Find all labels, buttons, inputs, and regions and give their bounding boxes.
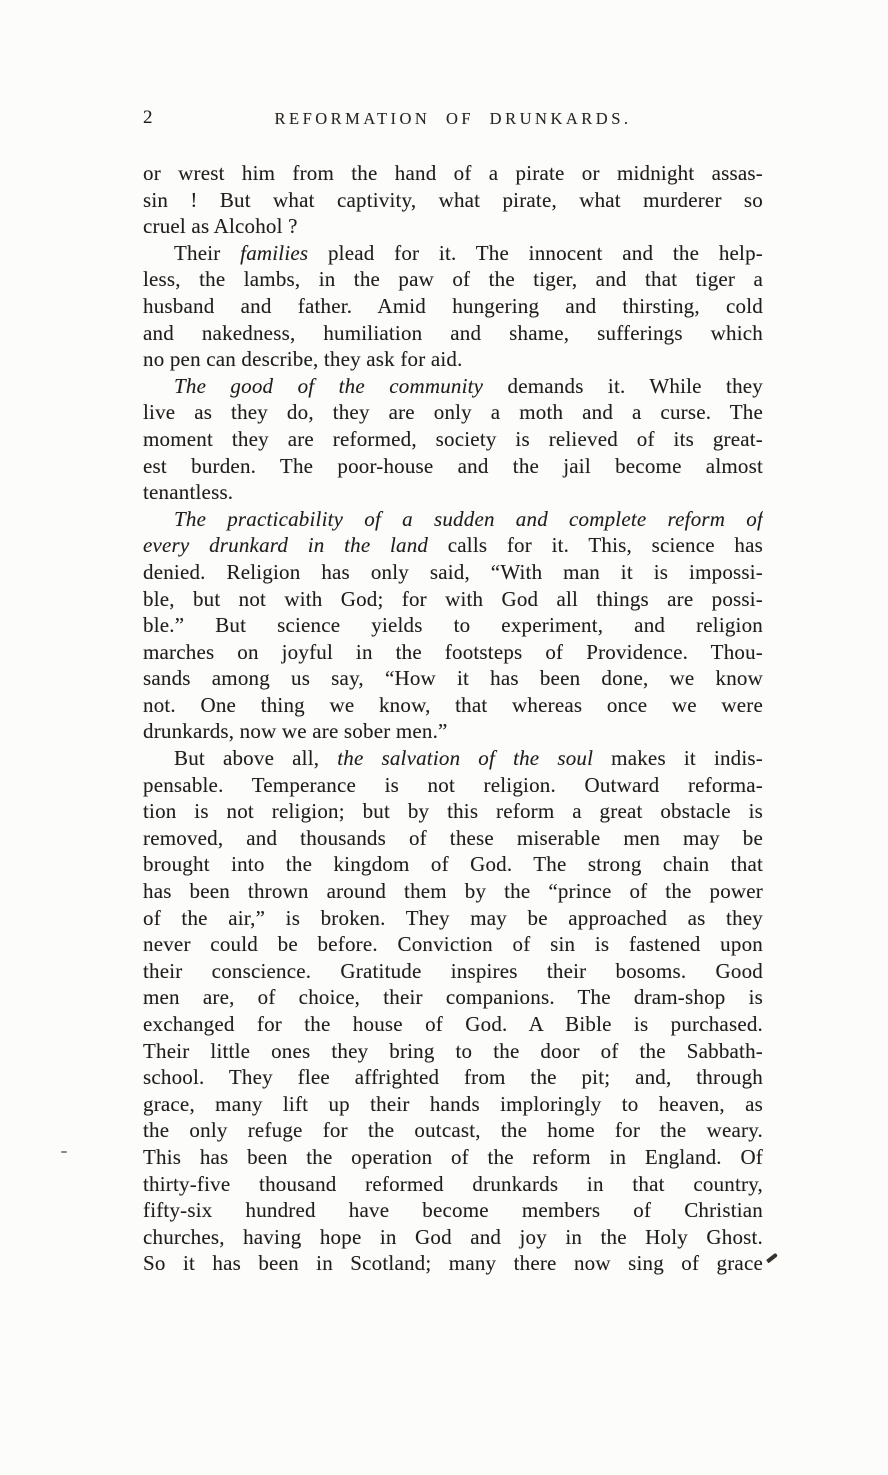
text-line: and nakedness, humiliation and shame, su…	[143, 320, 763, 347]
text-line: their conscience. Gratitude inspires the…	[143, 958, 763, 985]
text-line: has been thrown around them by the “prin…	[143, 878, 763, 905]
text-line: sin ! But what captivity, what pirate, w…	[143, 187, 763, 214]
text-line: tion is not religion; but by this reform…	[143, 798, 763, 825]
text-line: pensable. Temperance is not religion. Ou…	[143, 772, 763, 799]
text-line: The practicability of a sudden and compl…	[143, 506, 763, 533]
text-line: sands among us say, “How it has been don…	[143, 665, 763, 692]
text-line: tenantless.	[143, 479, 763, 506]
text-line: less, the lambs, in the paw of the tiger…	[143, 266, 763, 293]
text-line: brought into the kingdom of God. The str…	[143, 851, 763, 878]
text-line: men are, of choice, their companions. Th…	[143, 984, 763, 1011]
text-line: removed, and thousands of these miserabl…	[143, 825, 763, 852]
text-line: drunkards, now we are sober men.”	[143, 718, 763, 745]
text-line: cruel as Alcohol ?	[143, 213, 763, 240]
text-line: the only refuge for the outcast, the hom…	[143, 1117, 763, 1144]
text-line: The good of the community demands it. Wh…	[143, 373, 763, 400]
text-line: thirty-five thousand reformed drunkards …	[143, 1171, 763, 1198]
text-line: Their little ones they bring to the door…	[143, 1038, 763, 1065]
text-line: But above all, the salvation of the soul…	[143, 745, 763, 772]
text-line: husband and father. Amid hungering and t…	[143, 293, 763, 320]
text-line: fifty-six hundred have become members of…	[143, 1197, 763, 1224]
text-line: This has been the operation of the refor…	[143, 1144, 763, 1171]
text-line: grace, many lift up their hands implorin…	[143, 1091, 763, 1118]
text-line: not. One thing we know, that whereas onc…	[143, 692, 763, 719]
text-line: marches on joyful in the footsteps of Pr…	[143, 639, 763, 666]
text-line: every drunkard in the land calls for it.…	[143, 532, 763, 559]
text-line: ble.” But science yields to experiment, …	[143, 612, 763, 639]
text-line: est burden. The poor-house and the jail …	[143, 453, 763, 480]
text-line: exchanged for the house of God. A Bible …	[143, 1011, 763, 1038]
text-line: live as they do, they are only a moth an…	[143, 399, 763, 426]
text-line: no pen can describe, they ask for aid.	[143, 346, 763, 373]
paragraph: The good of the community demands it. Wh…	[143, 373, 763, 506]
running-head: REFORMATION OF DRUNKARDS.	[143, 109, 763, 129]
text-line: moment they are reformed, society is rel…	[143, 426, 763, 453]
text-line: denied. Religion has only said, “With ma…	[143, 559, 763, 586]
text-line: Their families plead for it. The innocen…	[143, 240, 763, 267]
margin-speck	[61, 1151, 67, 1153]
text-line: of the air,” is broken. They may be appr…	[143, 905, 763, 932]
book-page: 2 REFORMATION OF DRUNKARDS. or wrest him…	[0, 0, 888, 1475]
text-line: churches, having hope in God and joy in …	[143, 1224, 763, 1251]
paragraph: But above all, the salvation of the soul…	[143, 745, 763, 1277]
paragraph: Their families plead for it. The innocen…	[143, 240, 763, 373]
text-line: So it has been in Scotland; many there n…	[143, 1250, 763, 1277]
paragraph: The practicability of a sudden and compl…	[143, 506, 763, 745]
text-line: school. They flee affrighted from the pi…	[143, 1064, 763, 1091]
text-line: never could be before. Conviction of sin…	[143, 931, 763, 958]
text-line: ble, but not with God; for with God all …	[143, 586, 763, 613]
body-text: or wrest him from the hand of a pirate o…	[143, 160, 763, 1277]
stray-ink-mark	[766, 1253, 778, 1264]
paragraph: or wrest him from the hand of a pirate o…	[143, 160, 763, 240]
text-line: or wrest him from the hand of a pirate o…	[143, 160, 763, 187]
